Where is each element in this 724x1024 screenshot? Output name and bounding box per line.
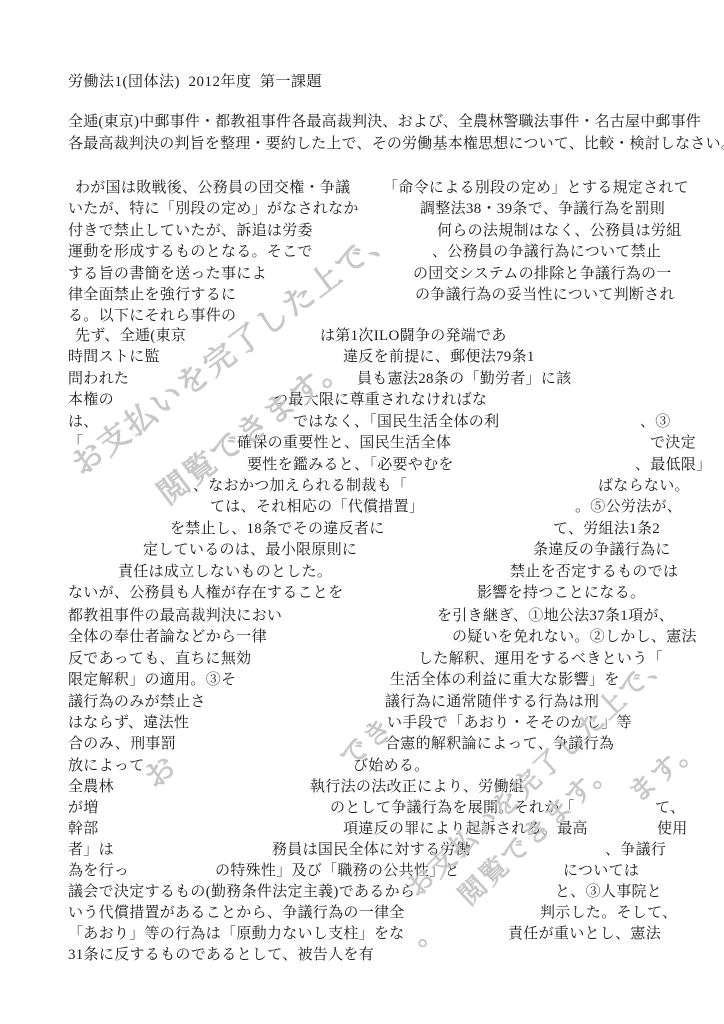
text-line-fragment: 問われた: [68, 371, 129, 388]
text-line-fragment: 31条に反するものであるとして、被告人を有: [68, 947, 374, 964]
text-line-fragment: ではなく、「国民生活全体の利: [293, 414, 499, 431]
text-line-fragment: 要性を鑑みると、「必要やむを: [247, 457, 454, 474]
text-line-fragment: 項違反の罪により起訴される。最高: [343, 821, 588, 838]
text-line-fragment: 「: [68, 435, 83, 452]
text-line-fragment: を引き継ぎ、①地公法37条1項が、: [437, 608, 674, 625]
text-line-fragment: の団交システムの排除と争議行為の一: [413, 266, 672, 283]
text-line-fragment: と、③人事院と: [555, 884, 662, 901]
text-line-fragment: いう代償措置があることから、争議行為の一律全: [68, 905, 405, 922]
text-line-fragment: が増: [68, 800, 99, 817]
text-line-fragment: の特殊性」及び「職務の公共性」と: [215, 863, 460, 880]
text-line-fragment: 議行為に通常随伴する行為は刑: [385, 694, 599, 711]
text-line-fragment: 運動を形成するものとなる。そこで: [68, 244, 313, 261]
text-line-fragment: 何らの法規制はなく、公務員は労組: [437, 223, 682, 240]
assignment-line: 各最高裁判決の判旨を整理・要約した上で、その労働基本権思想について、比較・検討し…: [68, 132, 724, 153]
text-line-fragment: 先ず、全逓(東京: [75, 328, 186, 345]
text-line-fragment: 生活全体の利益に重大な影響」を: [390, 672, 620, 689]
text-line-fragment: する旨の書簡を送った事によ: [68, 266, 267, 283]
text-line-fragment: 付きで禁止していたが、訴追は労委: [68, 223, 313, 240]
text-line-fragment: 為を行っ: [68, 863, 129, 880]
text-line-fragment: わが国は敗戦後、公務員の団交権・争議: [75, 180, 350, 197]
text-line-fragment: 確保の重要性と、国民生活全体: [237, 435, 451, 452]
text-line-fragment: 。⑤公労法が、: [575, 499, 682, 516]
text-line-fragment: 員も憲法28条の「勤労者」に該: [357, 371, 572, 388]
text-line-fragment: のとして争議行為を展開。それが「: [330, 800, 575, 817]
text-line-fragment: 影響を持つことになる。: [477, 585, 645, 602]
text-line-fragment: 判示した。そして、: [540, 905, 677, 922]
text-line-fragment: 議行為のみが禁止さ: [68, 694, 206, 711]
text-line-fragment: い手段で「あおり・そそのかし」等: [387, 715, 632, 732]
paywall-watermark-text: 。: [399, 905, 447, 953]
text-line-fragment: 限定解釈」の適用。③そ: [68, 672, 236, 689]
text-line-fragment: 禁止を否定するものでは: [510, 564, 678, 581]
text-line-fragment: 、なおかつ加えられる制裁も「: [193, 478, 407, 495]
text-line-fragment: 執行法の法改正により、労働組: [310, 779, 524, 796]
text-line-fragment: 違反を前提に、郵便法79条1: [343, 349, 535, 366]
text-line-fragment: 都教祖事件の最高裁判決におい: [68, 608, 282, 625]
text-line-fragment: は第1次ILO闘争の発端であ: [320, 328, 507, 345]
text-line-fragment: の争議行為の妥当性について判断され: [415, 287, 675, 304]
text-line-fragment: した解釈、運用をするべきという「: [418, 651, 663, 668]
text-line-fragment: 、最低限」: [635, 457, 712, 474]
text-line-fragment: 、争議行: [605, 842, 666, 859]
text-line-fragment: る。以下にそれら事件の: [68, 308, 236, 325]
text-line-fragment: ばならない。: [598, 478, 690, 495]
text-line-fragment: ては、それ相応の「代償措置」: [210, 499, 424, 516]
text-line-fragment: 議会で決定するもの(勤務条件法定主義)であるから: [68, 884, 415, 901]
text-line-fragment: 、公務員の争議行為について禁止: [432, 244, 661, 261]
text-line-fragment: て、: [655, 800, 685, 817]
text-line-fragment: 合憲的解釈論によって、争議行為: [385, 736, 614, 753]
text-line-fragment: 反であっても、直ちに無効: [68, 651, 251, 668]
text-line-fragment: 「命令による別段の定め」とする規定されて: [383, 180, 689, 197]
text-line-fragment: 務員は国民全体に対する労働: [272, 842, 471, 859]
text-line-fragment: 時間ストに監: [68, 349, 160, 366]
text-line-fragment: 定しているのは、最小限原則に: [143, 542, 357, 559]
text-line-fragment: つ最大限に尊重されなければな: [273, 392, 487, 409]
text-line-fragment: ないが、公務員も人権が存在することを: [68, 585, 343, 602]
text-line-fragment: 調整法38・39条で、争議行為を罰則: [420, 201, 665, 218]
text-line-fragment: 律全面禁止を強行するに: [68, 287, 236, 304]
text-line-fragment: 全体の奉仕者論などから一律: [68, 629, 267, 646]
text-line-fragment: 条違反の争議行為に: [533, 542, 671, 559]
text-line-fragment: で決定: [650, 435, 696, 452]
text-line-fragment: て、労組法1条2: [553, 521, 660, 538]
text-line-fragment: 幹部: [68, 821, 99, 838]
text-line-fragment: 責任が重いとし、憲法: [508, 926, 661, 943]
text-line-fragment: 、③: [640, 414, 671, 431]
text-line-fragment: はならず、違法性: [68, 715, 189, 732]
text-line-fragment: 合のみ、刑事罰: [68, 736, 176, 753]
text-line-fragment: 責任は成立しないものとした。: [118, 564, 332, 581]
text-line-fragment: 本権の: [68, 392, 114, 409]
text-line-fragment: は、: [68, 414, 99, 431]
text-line-fragment: の疑いを免れない。②しかし、憲法: [452, 629, 697, 646]
document-page: 労働法1(団体法) 2012年度 第一課題 全逓(東京)中郵事件・都教祖事件各最…: [0, 0, 724, 1024]
text-line-fragment: を禁止し、18条でその違反者に: [170, 521, 385, 538]
text-line-fragment: 全農林: [68, 779, 114, 796]
text-line-fragment: については: [563, 863, 639, 880]
text-line-fragment: 放によって: [68, 758, 145, 775]
document-title: 労働法1(団体法) 2012年度 第一課題: [68, 70, 322, 91]
text-line-fragment: いたが、特に「別段の定め」がなされなか: [68, 201, 359, 218]
text-line-fragment: 「あおり」等の行為は「原動力ないし支柱」をな: [68, 926, 405, 943]
paywall-watermark-text: ます。: [618, 725, 708, 809]
text-line-fragment: び始める。: [353, 758, 430, 775]
text-line-fragment: 者」は: [68, 842, 114, 859]
assignment-line: 全逓(東京)中郵事件・都教祖事件各最高裁判決、および、全農林警職法事件・名古屋中…: [68, 110, 701, 131]
text-line-fragment: 使用: [657, 821, 688, 838]
